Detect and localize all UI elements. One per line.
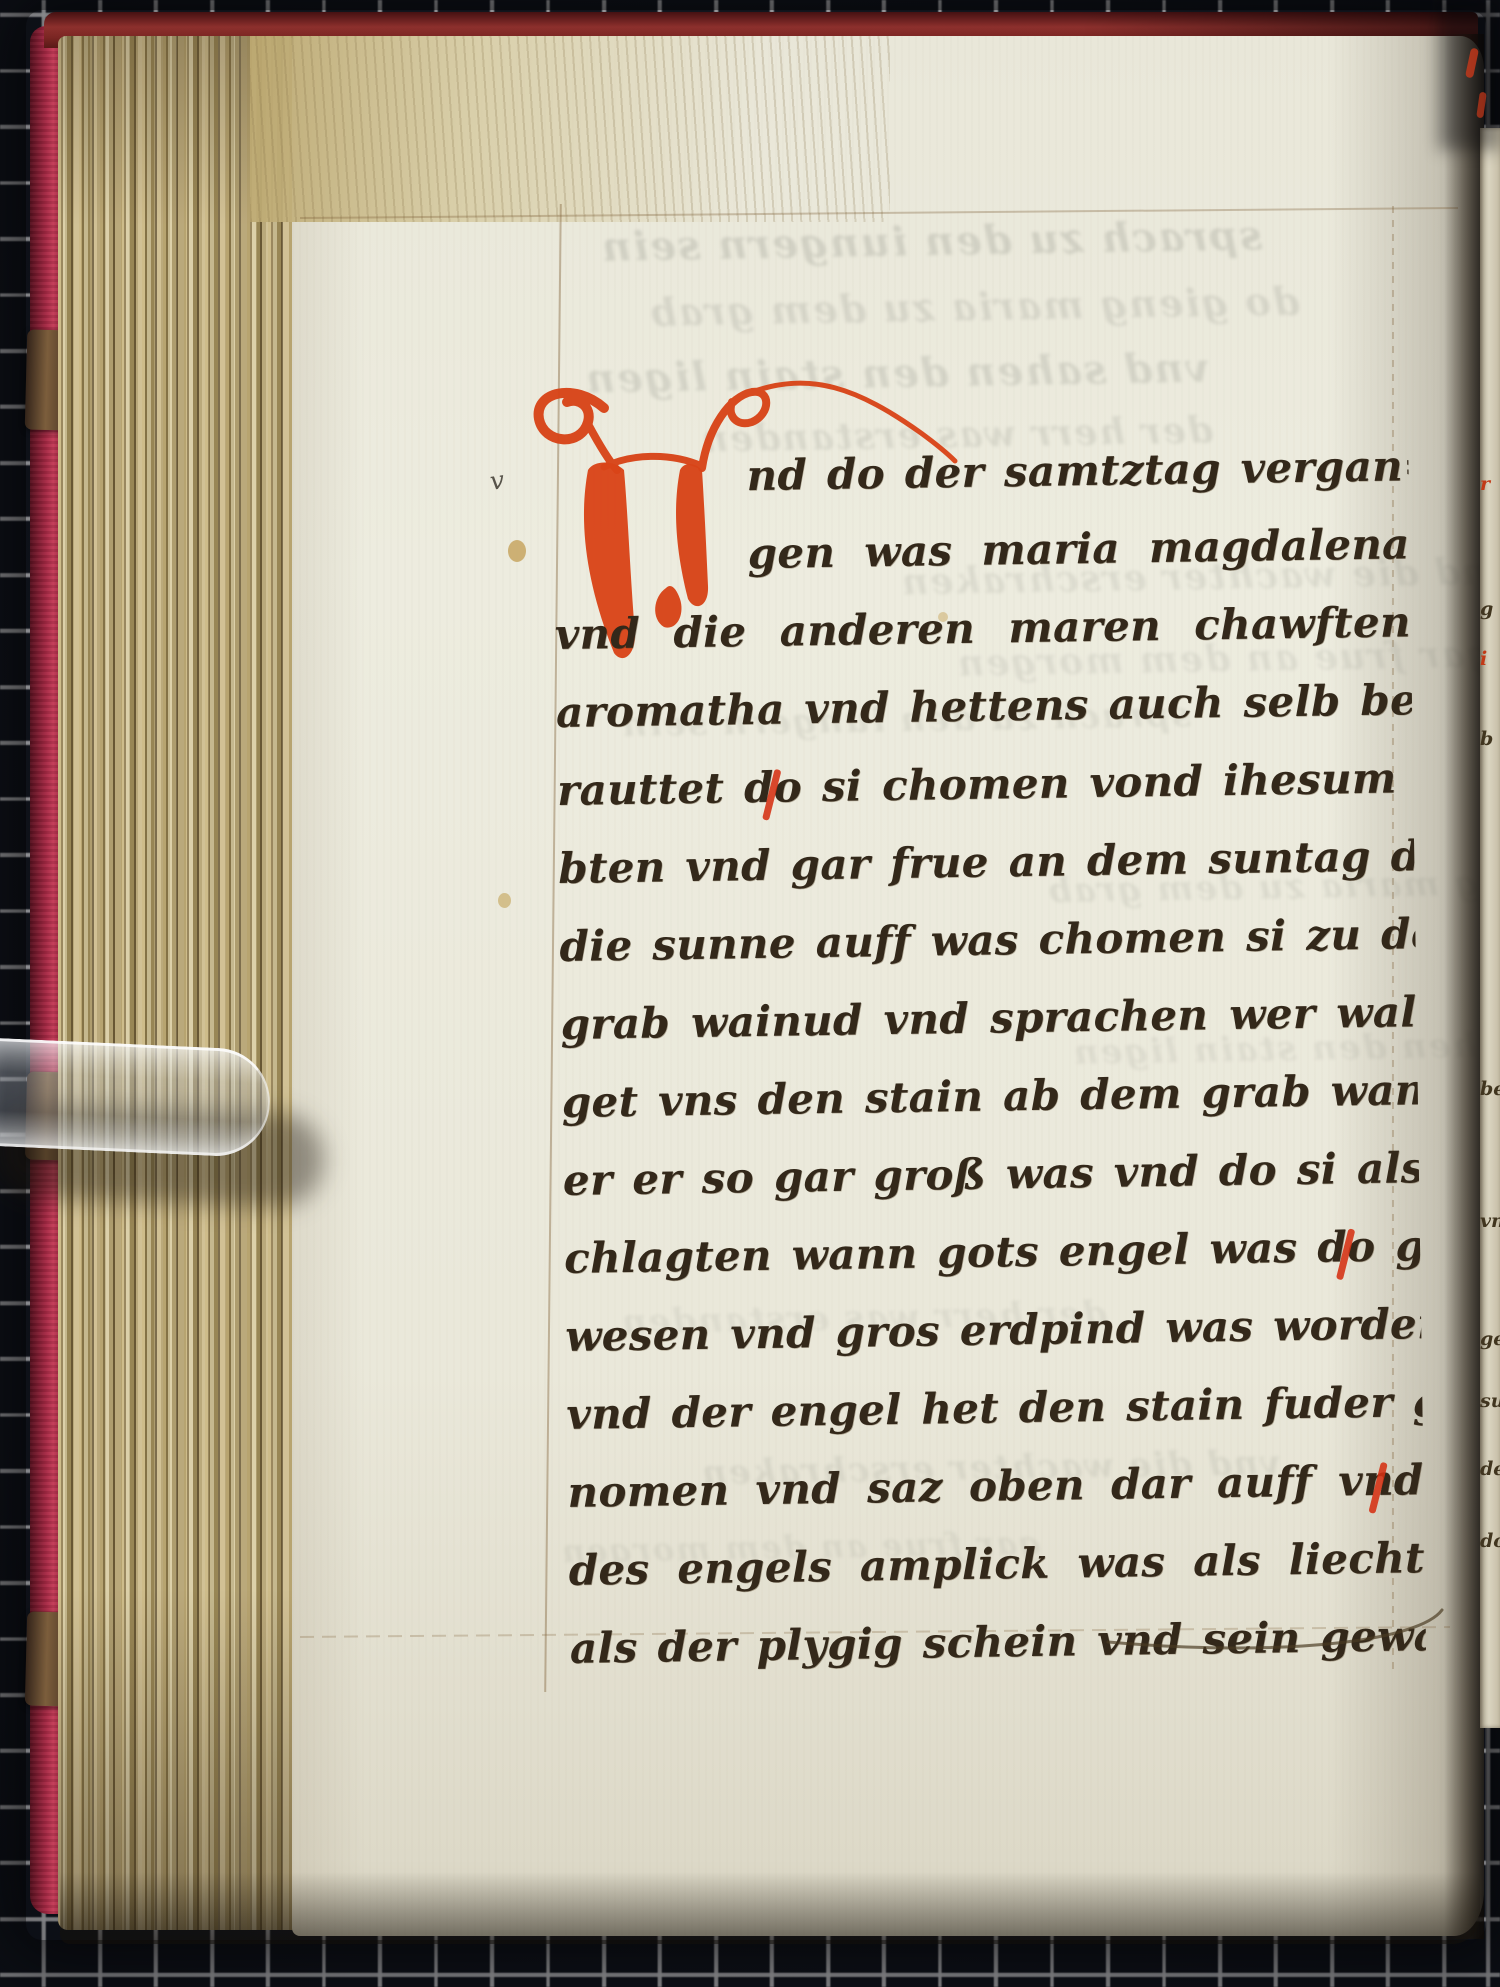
text-line: nomen vnd saz oben dar auff vnd xyxy=(567,1443,1424,1534)
text-line: get vns den stain ab dem grab wan xyxy=(561,1053,1418,1144)
facing-page-sliver: gbbevndgefsumderdori xyxy=(1480,128,1500,1728)
text-line: bten vnd gar frue an dem suntag do xyxy=(558,819,1415,910)
leaf-block-foredge xyxy=(58,36,314,1930)
sliver-text-fragment: be xyxy=(1480,1078,1500,1100)
gutter-shadow xyxy=(1444,34,1484,1939)
main-text-block: nd do der samtztag vergan=gen was maria … xyxy=(552,429,1426,1690)
text-line: wesen vnd gros erdpind was worden xyxy=(565,1287,1422,1378)
text-line: nd do der samtztag vergan= xyxy=(746,429,1409,517)
sliver-text-fragment: b xyxy=(1480,728,1500,750)
text-line: vnd der engel het den stain fuder ge xyxy=(566,1365,1423,1456)
book-bottom-shadow xyxy=(60,1872,1480,1944)
sliver-text-fragment: r xyxy=(1480,473,1500,495)
last-line-flourish xyxy=(1090,1596,1450,1676)
sliver-text-fragment: der xyxy=(1480,1458,1500,1480)
sliver-text-fragment: do xyxy=(1480,1530,1500,1552)
page-stain xyxy=(498,893,511,908)
sliver-text-fragment: sum xyxy=(1480,1390,1500,1412)
sliver-text-fragment: g xyxy=(1480,598,1500,620)
sliver-text-fragment: vnd xyxy=(1480,1210,1500,1232)
acrylic-page-holder xyxy=(0,1038,272,1159)
text-line: rauttet do si chomen vond ihesum sal= xyxy=(557,741,1414,832)
text-line: chlagten wann gots engel was do ge xyxy=(564,1209,1421,1300)
manuscript-photo: sprach zu den iungern seindo gieng maria… xyxy=(0,0,1500,1987)
sliver-text-fragment: i xyxy=(1480,648,1500,670)
text-line: grab wainud vnd sprachen wer wal xyxy=(560,975,1417,1066)
text-line: gen was maria magdalena xyxy=(747,507,1410,595)
text-line: vnd die anderen maren chawften xyxy=(554,585,1411,676)
text-line: er er so gar groß was vnd do si als xyxy=(562,1131,1419,1222)
sliver-text-fragment: gef xyxy=(1480,1328,1500,1350)
text-line: die sunne auff was chomen si zu dem xyxy=(559,897,1416,988)
text-line: aromatha vnd hettens auch selb be xyxy=(555,663,1412,754)
